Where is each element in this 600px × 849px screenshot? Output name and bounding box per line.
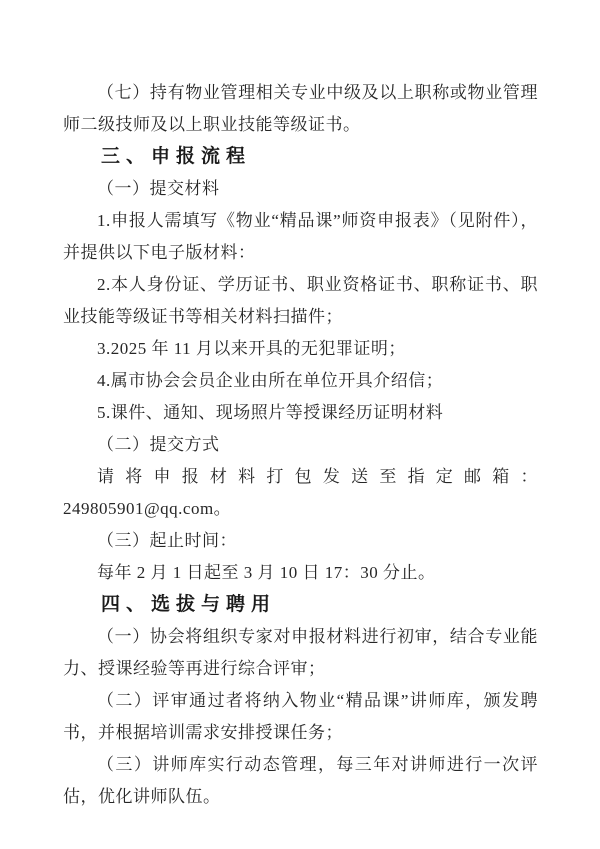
paragraph: 每年 2 月 1 日起至 3 月 10 日 17：30 分止。 xyxy=(63,557,538,589)
section-heading: 四、选拔与聘用 xyxy=(63,589,538,621)
paragraph: 2.本人身份证、学历证书、职业资格证书、职称证书、职业技能等级证书等相关材料扫描… xyxy=(63,269,538,333)
paragraph: （二）评审通过者将纳入物业“精品课”讲师库，颁发聘书，并根据培训需求安排授课任务… xyxy=(63,685,538,749)
paragraph: （一）提交材料 xyxy=(63,173,538,205)
document-page: （七）持有物业管理相关专业中级及以上职称或物业管理师二级技师及以上职业技能等级证… xyxy=(0,0,600,849)
paragraph: （七）持有物业管理相关专业中级及以上职称或物业管理师二级技师及以上职业技能等级证… xyxy=(63,77,538,141)
document-body: （七）持有物业管理相关专业中级及以上职称或物业管理师二级技师及以上职业技能等级证… xyxy=(63,77,538,813)
section-heading: 三、申报流程 xyxy=(63,141,538,173)
paragraph: （三）起止时间： xyxy=(63,525,538,557)
paragraph: 4.属市协会会员企业由所在单位开具介绍信； xyxy=(63,365,538,397)
paragraph: （二）提交方式 xyxy=(63,429,538,461)
paragraph: 3.2025 年 11 月以来开具的无犯罪证明； xyxy=(63,333,538,365)
paragraph: 请将申报材料打包发送至指定邮箱：249805901@qq.com。 xyxy=(63,461,538,525)
paragraph: （一）协会将组织专家对申报材料进行初审，结合专业能力、授课经验等再进行综合评审； xyxy=(63,621,538,685)
paragraph: （三）讲师库实行动态管理，每三年对讲师进行一次评估，优化讲师队伍。 xyxy=(63,749,538,813)
paragraph: 1.申报人需填写《物业“精品课”师资申报表》（见附件），并提供以下电子版材料： xyxy=(63,205,538,269)
paragraph: 5.课件、通知、现场照片等授课经历证明材料 xyxy=(63,397,538,429)
